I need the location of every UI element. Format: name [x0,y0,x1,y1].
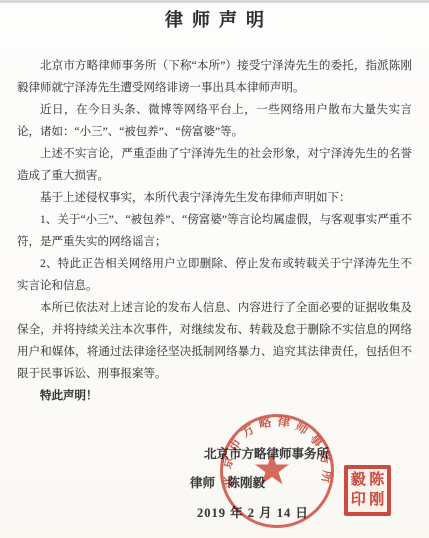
statement-item-2: 2、特此正告相关网络用户立即删除、停止发布或转载关于宁泽涛先生不实言论和信息。 [17,253,412,297]
statement-item-1: 1、关于“小三”、“被包养”、“傍富婆”等言论均属虚假，与客观事实严重不符，是严… [17,209,412,253]
seal-star-icon [255,452,289,485]
document-title: 律师声明 [0,6,429,32]
paragraph-evidence: 本所已依法对上述言论的发布人信息、内容进行了全面必要的证据收集及保全，并将持续关… [17,297,412,385]
seal-char: 毅 [351,473,366,488]
scan-edge-artifact [0,0,429,3]
seal-char: 刚 [369,493,384,508]
closing-statement: 特此声明！ [17,385,412,407]
paragraph-intro: 北京市方略律师事务所（下称“本所”）接受宁泽涛先生的委托，指派陈刚毅律师就宁泽涛… [17,55,412,99]
law-firm-round-seal: 北京市方略律师事务所 [214,408,340,534]
paragraph-facts: 近日，在今日头条、微博等网络平台上，一些网络用户散布大量失实言论，诸如：“小三”… [17,99,412,143]
seal-char: 陈 [369,473,384,488]
lawyer-name-seal: 毅 陈 印 刚 [344,465,391,516]
paragraph-lead-in: 基于上述侵权事实，本所代表宁泽涛先生发布律师声明如下： [17,187,412,209]
seal-char: 印 [351,493,366,508]
paragraph-damage: 上述不实言论，严重歪曲了宁泽涛先生的社会形象，对宁泽涛先生的名誉造成了重大损害。 [17,143,412,187]
statement-body: 北京市方略律师事务所（下称“本所”）接受宁泽涛先生的委托，指派陈刚毅律师就宁泽涛… [17,55,412,407]
scanned-legal-statement: 律师声明 北京市方略律师事务所（下称“本所”）接受宁泽涛先生的委托，指派陈刚毅律… [0,0,429,538]
